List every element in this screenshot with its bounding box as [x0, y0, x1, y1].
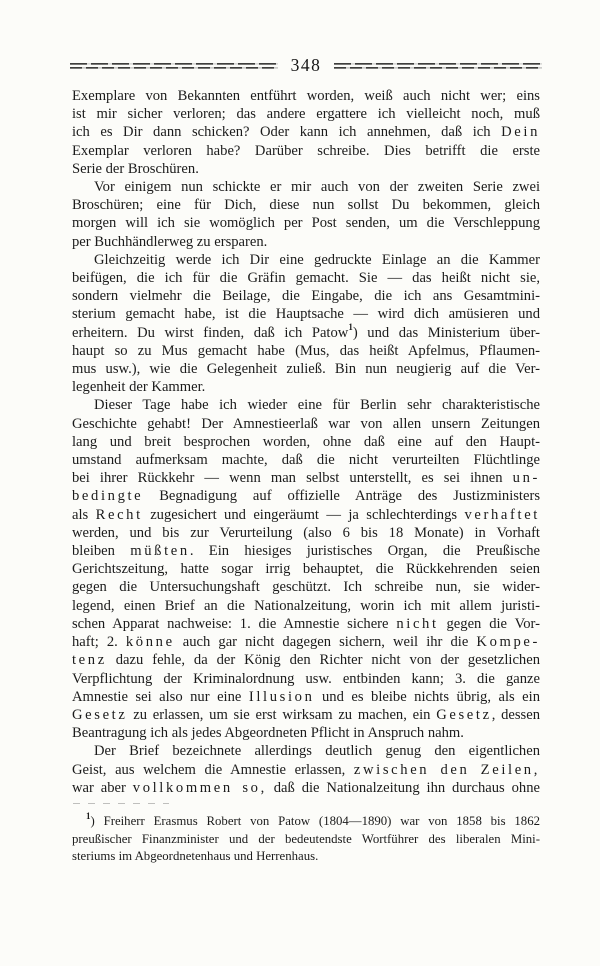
text-segment: Der Brief bezeichnete allerdings deutlic… [94, 743, 540, 759]
text-segment: legend, einen Brief an die Nationalzeitu… [72, 598, 540, 614]
text-line: steriums im Abgeordnetenhaus und Herrenh… [72, 848, 540, 866]
emphasized-text: Dein [501, 124, 540, 140]
text-line: umstand aufmerksam machte, daß die nicht… [72, 451, 540, 469]
emphasized-text: tenz [72, 652, 107, 668]
text-line: legenheit der Kammer. [72, 378, 540, 396]
text-line: bedingte Begnadigung auf offizielle Antr… [72, 487, 540, 505]
text-line: ich es Dir dann schicken? Oder kann ich … [72, 123, 540, 141]
text-segment: Exemplar verloren habe? Darüber schreibe… [72, 143, 540, 159]
emphasized-text: Recht [96, 507, 143, 523]
text-segment: haupt so zu Mus gemacht habe (Mus, das h… [72, 343, 540, 359]
text-segment: dazu fehle, da der König den Richter nic… [107, 652, 540, 668]
text-segment: Broschüren; eine für Dich, diese nun sol… [72, 197, 540, 213]
text-line: mus usw.), wie die Gelegenheit zuließ. B… [72, 360, 540, 378]
text-segment: ) Freiherr Erasmus Robert von Patow (180… [91, 814, 541, 828]
text-line: bleiben müßten. Ein hiesiges juristische… [72, 542, 540, 560]
text-segment: Beantragung ich als jedes Abgeordneten P… [72, 725, 464, 741]
text-line: tenz dazu fehle, da der König den Richte… [72, 651, 540, 669]
text-line: Gesetz zu erlassen, um sie erst wirksam … [72, 706, 540, 724]
footnote: 1) Freiherr Erasmus Robert von Patow (18… [72, 813, 540, 866]
text-segment: zugesichert und eingeräumt — ja schlecht… [143, 507, 465, 523]
emphasized-text: Kompe- [476, 634, 540, 650]
text-segment: auch gar nicht dagegen sichern, weil ihr… [175, 634, 477, 650]
text-line: haupt so zu Mus gemacht habe (Mus, das h… [72, 342, 540, 360]
emphasized-text: Gesetz [436, 707, 491, 723]
footnote-ref: 1 [86, 811, 91, 821]
text-segment: . Ein hiesiges juristisches Organ, die P… [190, 543, 540, 559]
text-segment: haft; 2. [72, 634, 126, 650]
paragraph: Exemplare von Bekannten entführt worden,… [72, 87, 540, 178]
text-line: beifügen, die ich für die Gräfin gemacht… [72, 269, 540, 287]
text-line: morgen will ich sie womöglich per Post s… [72, 214, 540, 232]
text-line: Vor einigem nun schickte er mir auch von… [72, 178, 540, 196]
text-segment: Serie der Broschüren. [72, 161, 199, 177]
text-segment: und es bleibe nichts übrig, als ein [315, 689, 541, 705]
text-segment: Verpflichtung der Kriminalordnung usw. e… [72, 671, 540, 687]
text-line: per Buchhändlerweg zu ersparen. [72, 233, 540, 251]
text-line: haft; 2. könne auch gar nicht dagegen si… [72, 633, 540, 651]
text-segment: Geist, aus welchem die Amnestie erlassen… [72, 762, 354, 778]
text-segment: war aber [72, 780, 133, 796]
text-segment: ist mir sicher verloren; das andere erga… [72, 106, 540, 122]
text-line: ist mir sicher verloren; das andere erga… [72, 105, 540, 123]
text-segment: Exemplare von Bekannten entführt worden,… [72, 88, 540, 104]
text-line: Verpflichtung der Kriminalordnung usw. e… [72, 670, 540, 688]
paragraph: Der Brief bezeichnete allerdings deutlic… [72, 742, 540, 797]
text-segment: Geschichte gehabt! Der Amnestieerlaß war… [72, 416, 540, 432]
text-segment: sterium gemacht habe, ist die Hauptsache… [72, 306, 540, 322]
text-line: 1) Freiherr Erasmus Robert von Patow (18… [72, 813, 540, 831]
text-line: sondern vielmehr die Beilage, die Eingab… [72, 287, 540, 305]
text-segment: lang und breit besprochen worden, ohne d… [72, 434, 540, 450]
text-segment: gegen die Untersuchungshaft geschützt. I… [72, 579, 540, 595]
book-page: 348 Exemplare von Bekannten entführt wor… [0, 0, 600, 966]
emphasized-text: Gesetz [72, 707, 127, 723]
emphasized-text: Illusion [249, 689, 315, 705]
text-segment: Dieser Tage habe ich wieder eine für Ber… [94, 397, 540, 413]
emphasized-text: müßten [130, 543, 190, 559]
text-line: Serie der Broschüren. [72, 160, 540, 178]
text-line: Gerichtszeitung, hatte sogar irrig behau… [72, 560, 540, 578]
text-segment: umstand aufmerksam machte, daß die nicht… [72, 452, 540, 468]
page-number: 348 [278, 55, 335, 76]
emphasized-text: vollkommen so, [133, 780, 267, 796]
text-segment: werden, und bis zur Verurteilung (also 6… [72, 525, 540, 541]
text-line: lang und breit besprochen worden, ohne d… [72, 433, 540, 451]
text-line: Dieser Tage habe ich wieder eine für Ber… [72, 396, 540, 414]
text-segment: legenheit der Kammer. [72, 379, 205, 395]
text-line: Broschüren; eine für Dich, diese nun sol… [72, 196, 540, 214]
text-line: legend, einen Brief an die Nationalzeitu… [72, 597, 540, 615]
text-line: Gleichzeitig werde ich Dir eine gedruckt… [72, 251, 540, 269]
emphasized-text: un- [513, 470, 540, 486]
emphasized-text: verhaftet [464, 507, 540, 523]
text-segment: bleiben [72, 543, 130, 559]
text-line: sterium gemacht habe, ist die Hauptsache… [72, 305, 540, 323]
text-segment: zu erlassen, um sie erst wirksam zu mach… [127, 707, 436, 723]
text-line: Exemplare von Bekannten entführt worden,… [72, 87, 540, 105]
text-line: erheitern. Du wirst finden, daß ich Pato… [72, 324, 540, 342]
text-segment: sondern vielmehr die Beilage, die Eingab… [72, 288, 540, 304]
text-segment: bei ihrer Rückkehr — wenn man selbst unt… [72, 470, 513, 486]
text-line: werden, und bis zur Verurteilung (also 6… [72, 524, 540, 542]
text-line: gegen die Untersuchungshaft geschützt. I… [72, 578, 540, 596]
footnote-ref: 1 [348, 322, 353, 332]
text-segment: schen Apparat nachweise: 1. die Amnestie… [72, 616, 396, 632]
paragraph: Vor einigem nun schickte er mir auch von… [72, 178, 540, 251]
text-segment: Vor einigem nun schickte er mir auch von… [94, 179, 540, 195]
emphasized-text: zwischen den Zeilen, [354, 762, 540, 778]
header-rule-right [334, 63, 542, 69]
text-line: Geist, aus welchem die Amnestie erlassen… [72, 761, 540, 779]
text-line: Exemplar verloren habe? Darüber schreibe… [72, 142, 540, 160]
text-segment: Gleichzeitig werde ich Dir eine gedruckt… [94, 252, 540, 268]
text-segment: als [72, 507, 96, 523]
text-block: Exemplare von Bekannten entführt worden,… [72, 87, 540, 866]
text-segment: ) und das Ministerium über- [353, 325, 540, 341]
text-segment: erheitern. Du wirst finden, daß ich Pato… [72, 325, 348, 341]
text-segment: daß die Nationalzeitung ihn durchaus ohn… [267, 780, 540, 796]
footnote-separator [73, 803, 169, 806]
emphasized-text: nicht [396, 616, 438, 632]
emphasized-text: bedingte [72, 488, 143, 504]
text-line: Geschichte gehabt! Der Amnestieerlaß war… [72, 415, 540, 433]
text-line: Amnestie sei also nur eine Illusion und … [72, 688, 540, 706]
text-segment: morgen will ich sie womöglich per Post s… [72, 215, 540, 231]
text-segment: gegen die Vor- [439, 616, 540, 632]
text-segment: beifügen, die ich für die Gräfin gemacht… [72, 270, 540, 286]
text-segment: mus usw.), wie die Gelegenheit zuließ. B… [72, 361, 540, 377]
text-segment: per Buchhändlerweg zu ersparen. [72, 234, 267, 250]
text-segment: preußischer Finanzminister und der bedeu… [72, 832, 540, 846]
text-segment: Amnestie sei also nur eine [72, 689, 249, 705]
text-line: war aber vollkommen so, daß die National… [72, 779, 540, 797]
paragraph: Dieser Tage habe ich wieder eine für Ber… [72, 396, 540, 742]
text-segment: steriums im Abgeordnetenhaus und Herrenh… [72, 849, 318, 863]
text-segment: ich es Dir dann schicken? Oder kann ich … [72, 124, 501, 140]
emphasized-text: könne [126, 634, 175, 650]
page-header: 348 [70, 54, 542, 78]
text-segment: Begnadigung auf offizielle Anträge des J… [143, 488, 540, 504]
text-line: bei ihrer Rückkehr — wenn man selbst unt… [72, 469, 540, 487]
text-line: Der Brief bezeichnete allerdings deutlic… [72, 742, 540, 760]
text-line: als Recht zugesichert und eingeräumt — j… [72, 506, 540, 524]
text-line: schen Apparat nachweise: 1. die Amnestie… [72, 615, 540, 633]
header-rule-left [70, 63, 278, 69]
text-segment: , dessen [492, 707, 540, 723]
text-line: preußischer Finanzminister und der bedeu… [72, 831, 540, 849]
text-segment: Gerichtszeitung, hatte sogar irrig behau… [72, 561, 540, 577]
text-line: Beantragung ich als jedes Abgeordneten P… [72, 724, 540, 742]
paragraph: Gleichzeitig werde ich Dir eine gedruckt… [72, 251, 540, 397]
